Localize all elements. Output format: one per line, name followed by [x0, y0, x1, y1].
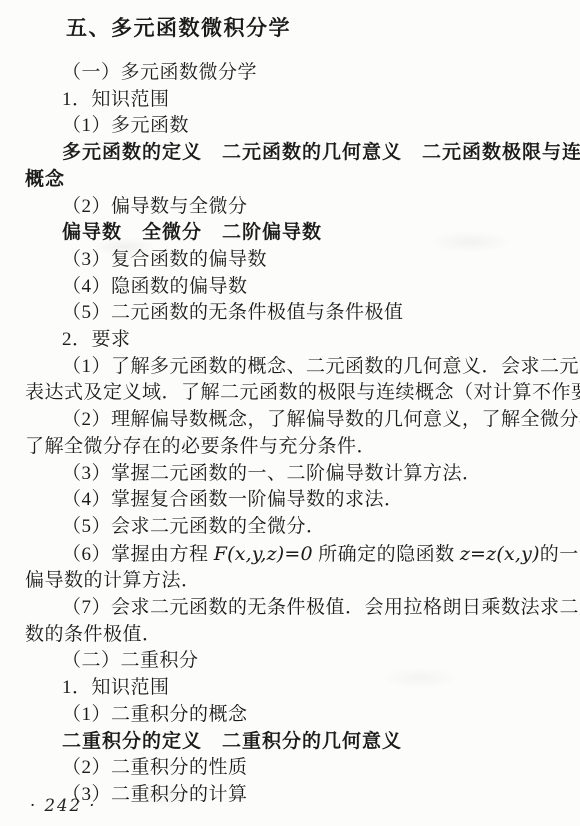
text-line: 表达式及定义域．了解二元函数的极限与连续概念（对计算不作要求）． [25, 380, 560, 407]
text-line: （2）二重积分的性质 [25, 755, 560, 782]
formula-line-middle: 所确定的隐函数 [313, 544, 460, 565]
text-line: （3）二重积分的计算 [25, 782, 560, 809]
text-line-with-formula: （6）掌握由方程 F(x,y,z)=0 所确定的隐函数 z=z(x,y)的一阶 [25, 541, 560, 569]
formula-line-prefix: （6）掌握由方程 [62, 544, 214, 565]
keyword-line: 二重积分的定义 二重积分的几何意义 [25, 729, 560, 756]
text-line: 数的条件极值． [25, 622, 560, 649]
math-formula: z=z(x,y) [460, 543, 540, 565]
keyword-line: 偏导数 全微分 二阶偏导数 [25, 220, 560, 247]
text-line: （7）会求二元函数的无条件极值．会用拉格朗日乘数法求二元函 [25, 595, 560, 622]
text-line: 1．知识范围 [25, 87, 560, 114]
text-line: （3）掌握二元函数的一、二阶偏导数计算方法． [25, 461, 560, 488]
text-line: （1）二重积分的概念 [25, 702, 560, 729]
text-line: （5）会求二元函数的全微分． [25, 514, 560, 541]
text-line: 1．知识范围 [25, 675, 560, 702]
text-line: 偏导数的计算方法． [25, 568, 560, 595]
keyword-line: 多元函数的定义 二元函数的几何意义 二元函数极限与连续的 [25, 140, 560, 167]
text-line: （5）二元函数的无条件极值与条件极值 [25, 300, 560, 327]
keyword-line: 概念 [25, 167, 560, 194]
text-line: （1）了解多元函数的概念、二元函数的几何意义．会求二元函数的 [25, 354, 560, 381]
text-line: （一）多元函数微分学 [25, 60, 560, 87]
formula-line-suffix: 的一阶 [540, 544, 580, 565]
text-line: （3）复合函数的偏导数 [25, 247, 560, 274]
text-line: （2）偏导数与全微分 [25, 194, 560, 221]
text-line: （4）掌握复合函数一阶偏导数的求法． [25, 487, 560, 514]
text-line: （4）隐函数的偏导数 [25, 274, 560, 301]
text-line: 2．要求 [25, 327, 560, 354]
page-title: 五、多元函数微积分学 [66, 16, 560, 42]
text-line: 了解全微分存在的必要条件与充分条件． [25, 434, 560, 461]
text-line: （二）二重积分 [25, 648, 560, 675]
document-page: 五、多元函数微积分学 （一）多元函数微分学 1．知识范围 （1）多元函数 多元函… [0, 0, 580, 826]
text-line: （1）多元函数 [25, 113, 560, 140]
math-formula: F(x,y,z)=0 [214, 543, 313, 565]
text-line: （2）理解偏导数概念，了解偏导数的几何意义，了解全微分概念， [25, 407, 560, 434]
page-number: · 242 · [30, 796, 96, 815]
